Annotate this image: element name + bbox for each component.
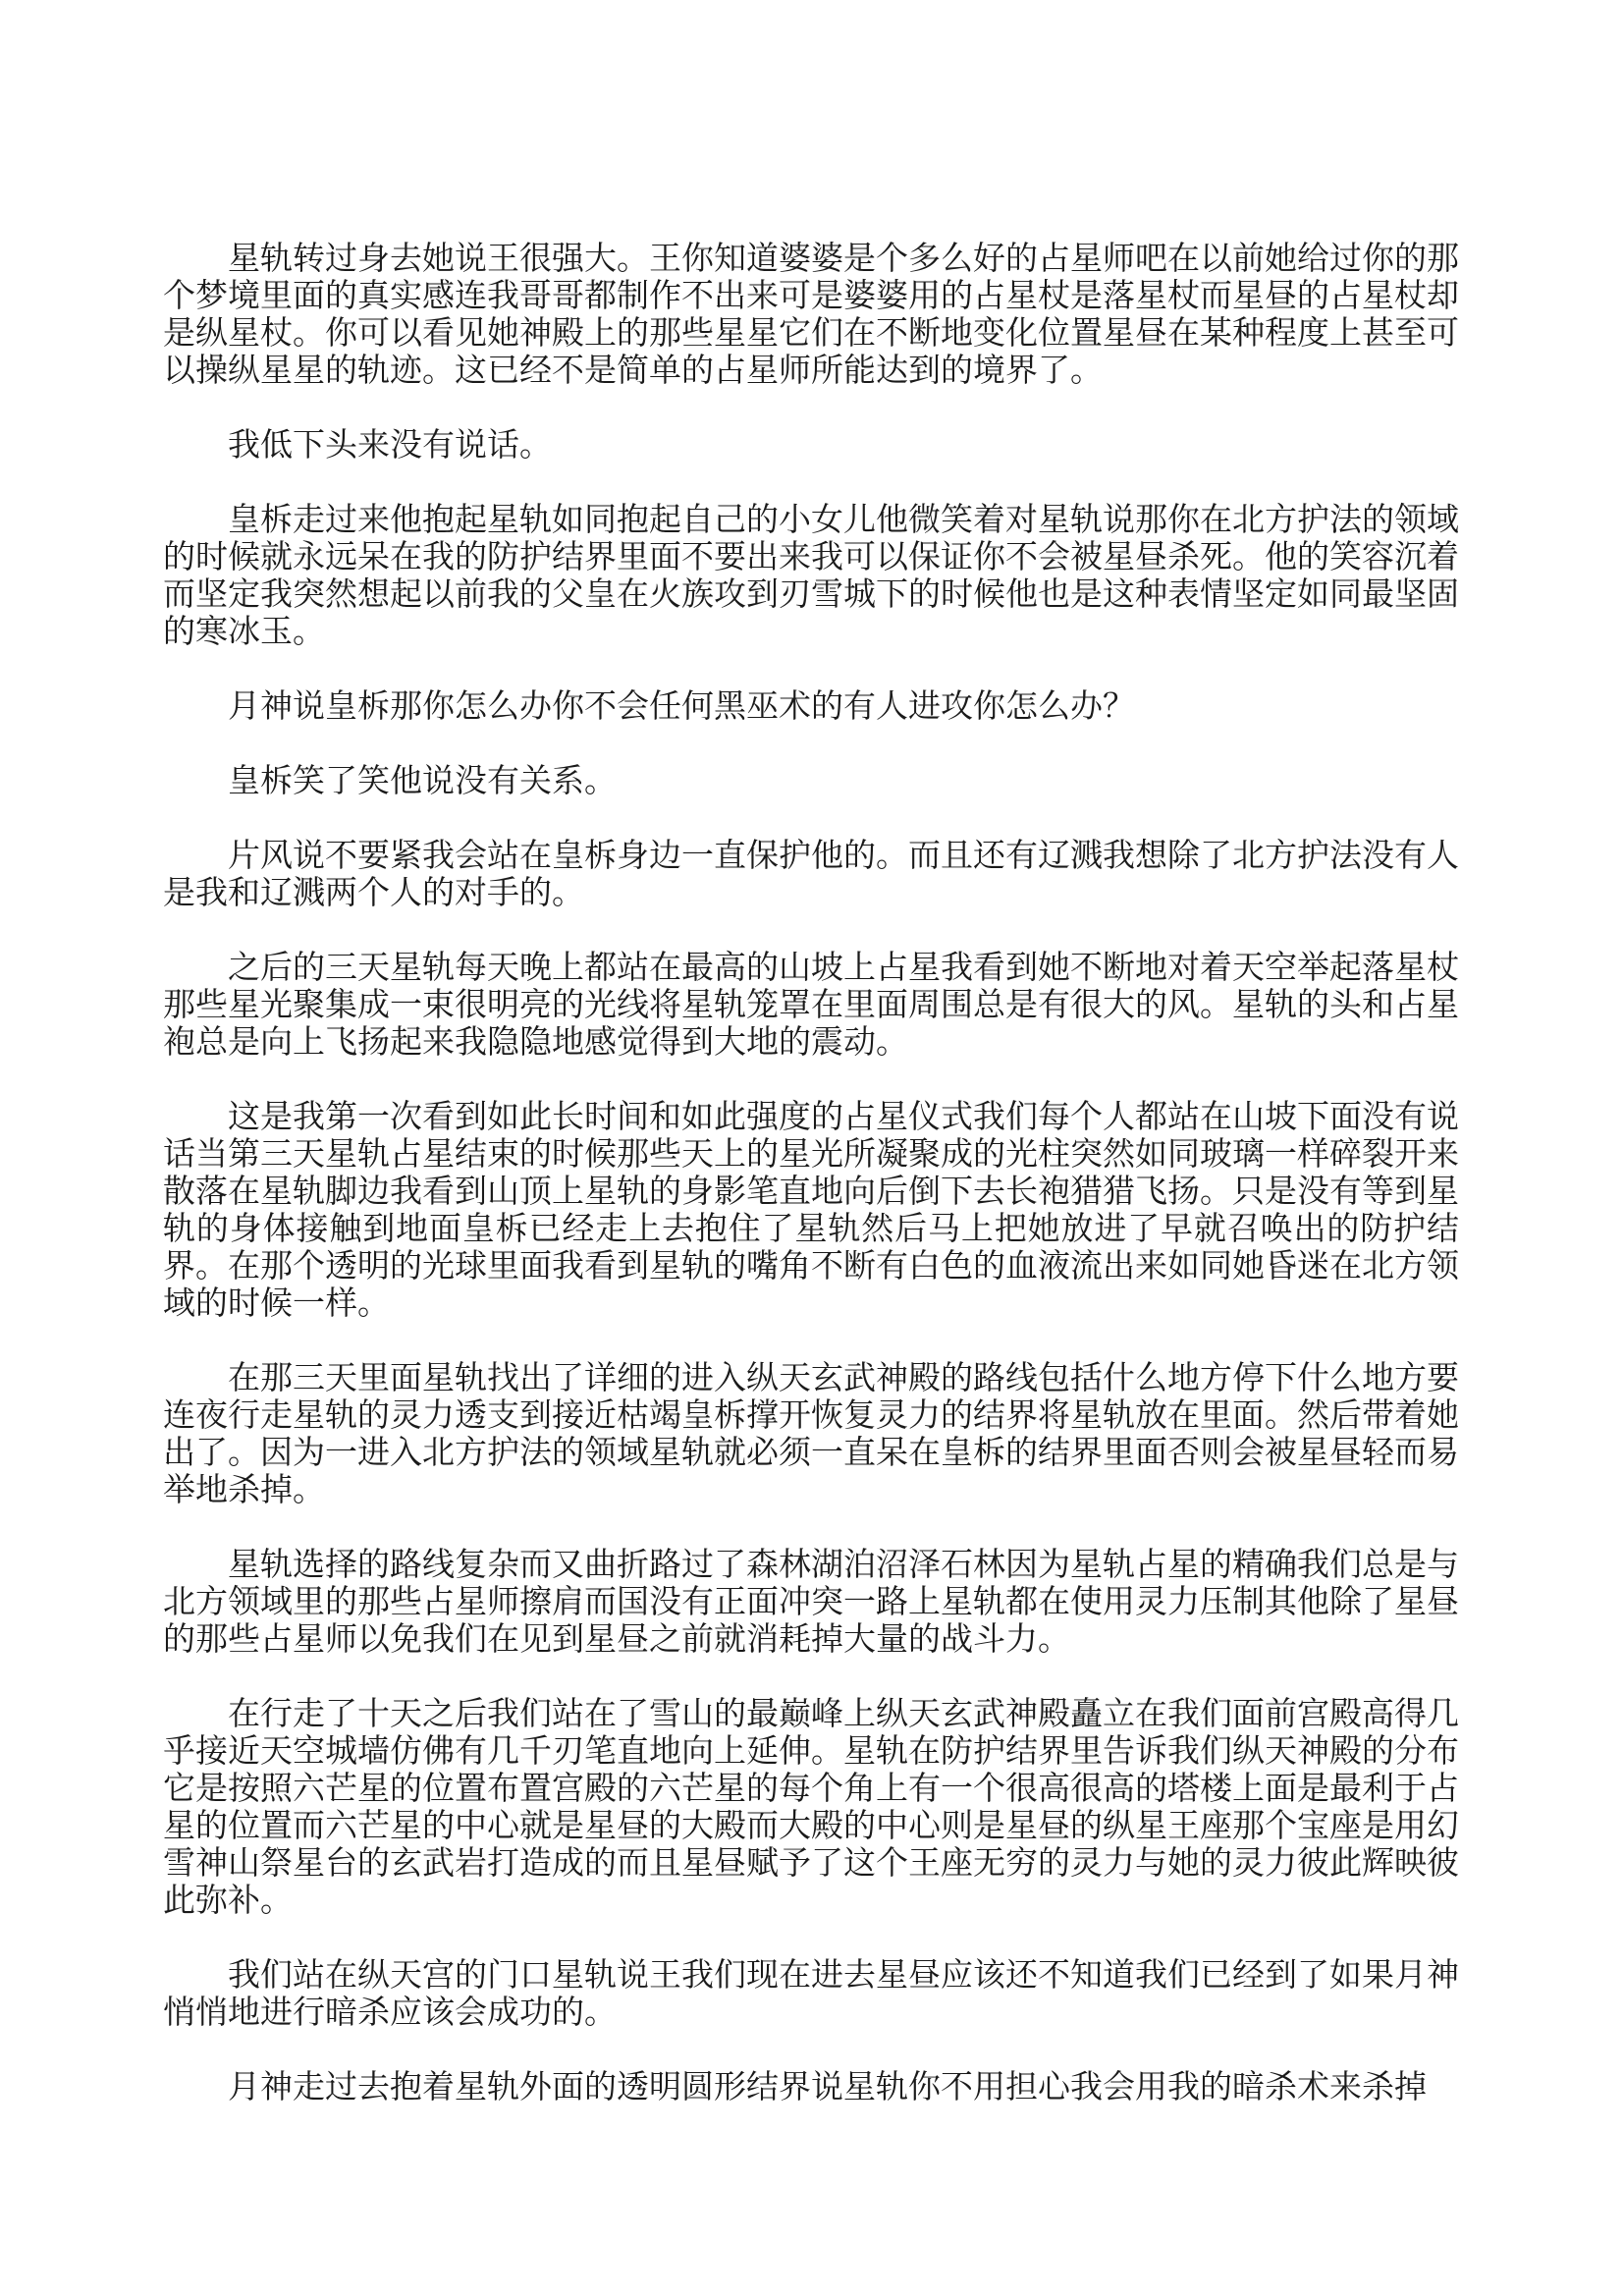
paragraph: 在行走了十天之后我们站在了雪山的最巅峰上纵天玄武神殿矗立在我们面前宫殿高得几乎接… — [163, 1696, 1459, 1920]
paragraph: 星轨转过身去她说王很强大。王你知道婆婆是个多么好的占星师吧在以前她给过你的那个梦… — [163, 241, 1459, 390]
paragraph: 星轨选择的路线复杂而又曲折路过了森林湖泊沼泽石林因为星轨占星的精确我们总是与北方… — [163, 1547, 1459, 1659]
paragraph: 皇柝走过来他抱起星轨如同抱起自己的小女儿他微笑着对星轨说那你在北方护法的领域的时… — [163, 502, 1459, 651]
paragraph: 我们站在纵天宫的门口星轨说王我们现在进去星昼应该还不知道我们已经到了如果月神悄悄… — [163, 1957, 1459, 2032]
paragraph: 月神说皇柝那你怎么办你不会任何黑巫术的有人进攻你怎么办？ — [163, 688, 1459, 726]
document-page: 星轨转过身去她说王很强大。王你知道婆婆是个多么好的占星师吧在以前她给过你的那个梦… — [0, 0, 1623, 2296]
paragraph: 在那三天里面星轨找出了详细的进入纵天玄武神殿的路线包括什么地方停下什么地方要连夜… — [163, 1360, 1459, 1509]
paragraph: 月神走过去抱着星轨外面的透明圆形结界说星轨你不用担心我会用我的暗杀术来杀掉 — [163, 2069, 1459, 2106]
paragraph: 我低下头来没有说话。 — [163, 427, 1459, 465]
paragraph: 皇柝笑了笑他说没有关系。 — [163, 763, 1459, 800]
paragraph: 这是我第一次看到如此长时间和如此强度的占星仪式我们每个人都站在山坡下面没有说话当… — [163, 1099, 1459, 1323]
text-block: 星轨转过身去她说王很强大。王你知道婆婆是个多么好的占星师吧在以前她给过你的那个梦… — [163, 241, 1459, 2144]
paragraph: 之后的三天星轨每天晚上都站在最高的山坡上占星我看到她不断地对着天空举起落星杖那些… — [163, 950, 1459, 1062]
paragraph: 片风说不要紧我会站在皇柝身边一直保护他的。而且还有辽溅我想除了北方护法没有人是我… — [163, 838, 1459, 912]
